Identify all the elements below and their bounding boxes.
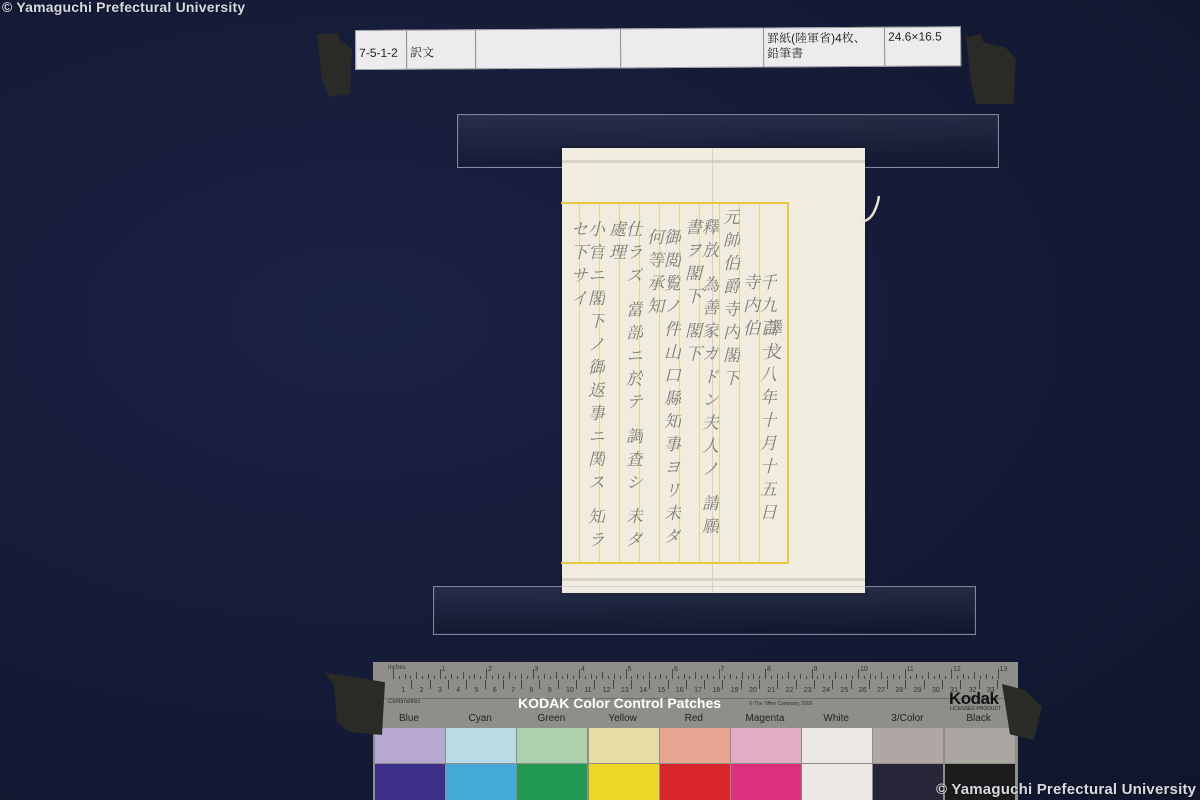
ruler-tick bbox=[591, 674, 592, 679]
ruler-tick bbox=[957, 676, 958, 679]
ruler-tick bbox=[579, 669, 580, 679]
ruler-tick bbox=[829, 676, 830, 679]
ruler-cm-number: 11 bbox=[584, 687, 591, 694]
color-patch-dark bbox=[589, 764, 659, 800]
ruler-cm-number: 6 bbox=[493, 687, 497, 694]
tape-top-left bbox=[316, 33, 356, 97]
ruler-inch-number: 10 bbox=[860, 666, 868, 673]
ruler-tick bbox=[660, 674, 661, 679]
ruler-cm-number: 4 bbox=[456, 687, 460, 694]
ruler-inch-number: 8 bbox=[767, 666, 771, 673]
color-patches bbox=[375, 728, 1016, 800]
handwritten-column: 釋放 為善家ガドン夫人ノ 請願書ヲ閣下 閣下 bbox=[682, 218, 716, 558]
color-patch-light bbox=[873, 728, 943, 763]
ruler-tick bbox=[870, 674, 871, 679]
ruler-tick bbox=[538, 676, 539, 679]
color-patch-light bbox=[517, 728, 587, 763]
ruler-inches-label: Inches bbox=[388, 665, 406, 671]
ruler-cm-number: 10 bbox=[566, 687, 574, 694]
color-patch-light bbox=[375, 728, 445, 763]
color-patch-light bbox=[589, 728, 659, 763]
ruler-tick bbox=[596, 676, 597, 679]
ruler-cm-label: Centimetres bbox=[388, 699, 420, 705]
ruler-tick bbox=[480, 676, 481, 679]
handwritten-column: 元帥伯爵寺内閣下 bbox=[720, 208, 737, 558]
ruler-cm-number: 2 bbox=[420, 687, 424, 694]
ruler-cm-number: 7 bbox=[511, 687, 515, 694]
ruler-tick bbox=[968, 676, 969, 679]
ruler-tick bbox=[777, 680, 778, 689]
ruler-cm-number: 1 bbox=[401, 687, 405, 694]
ruler-tick bbox=[992, 676, 993, 679]
ruler-tick bbox=[672, 669, 673, 679]
ruler-tick bbox=[503, 680, 504, 689]
tape-bottom-left bbox=[325, 673, 385, 735]
ruler-tick bbox=[689, 676, 690, 679]
patch-label: Blue bbox=[373, 713, 445, 724]
ruler-tick bbox=[684, 674, 685, 679]
ruler-cm-number: 3 bbox=[438, 687, 442, 694]
patch-label: Red bbox=[658, 713, 730, 724]
item-size: 24.6×16.5 bbox=[885, 27, 960, 65]
ruler-tick bbox=[594, 680, 595, 689]
ruler-tick bbox=[521, 680, 522, 689]
ruler-tick bbox=[881, 672, 882, 679]
ruler-tick bbox=[832, 680, 833, 689]
patch-label: Magenta bbox=[729, 713, 801, 724]
ruler-cm-number: 9 bbox=[548, 687, 552, 694]
ruler-tick bbox=[719, 669, 720, 679]
ruler-tick bbox=[469, 676, 470, 679]
ruler-tick bbox=[562, 676, 563, 679]
ruler-tick bbox=[960, 680, 961, 689]
ruler-tick bbox=[613, 680, 614, 689]
color-patch-dark bbox=[731, 764, 801, 800]
ruler-tick bbox=[448, 680, 449, 689]
ruler-tick bbox=[924, 680, 925, 689]
blank-cell-2 bbox=[621, 29, 764, 68]
ruler-tick bbox=[678, 676, 679, 679]
ruler-tick bbox=[788, 672, 789, 679]
ruler-tick bbox=[713, 676, 714, 679]
color-patch-dark bbox=[375, 764, 445, 800]
ruler-tick bbox=[875, 676, 876, 679]
ruler-tick bbox=[451, 674, 452, 679]
ruler-tick bbox=[466, 680, 467, 689]
ruler-cm-number: 14 bbox=[639, 687, 647, 694]
ruler-tick bbox=[939, 674, 940, 679]
ruler-tick bbox=[910, 676, 911, 679]
ruler-tick bbox=[841, 676, 842, 679]
ruler-tick bbox=[800, 674, 801, 679]
handwritten-column: 御閲覧ノ件山口縣知事ヨリ未ダ何等承知 bbox=[644, 228, 678, 568]
kodak-licensed-text: LICENSED PRODUCT bbox=[950, 706, 1001, 712]
ruler-inch-number: 3 bbox=[535, 666, 539, 673]
ruler-tick bbox=[602, 672, 603, 679]
ruler-tick bbox=[585, 676, 586, 679]
ruler-tick bbox=[796, 680, 797, 689]
ruler-tick bbox=[704, 680, 705, 689]
ruler-cm-number: 29 bbox=[914, 687, 922, 694]
ruler-tick bbox=[405, 674, 406, 679]
ruler-cm-number: 20 bbox=[749, 687, 757, 694]
ruler-tick bbox=[899, 676, 900, 679]
handwritten-column: 仕ラズ 當部ニ於テ 調査シ 未ダ 處理 bbox=[606, 220, 640, 560]
patch-label: Black bbox=[943, 713, 1015, 724]
ruler: Inches 123456789101112131234567891011121… bbox=[373, 662, 1018, 699]
ruler-cm-number: 13 bbox=[621, 687, 629, 694]
ruler-cm-number: 24 bbox=[822, 687, 830, 694]
ruler-tick bbox=[567, 674, 568, 679]
ruler-tick bbox=[422, 676, 423, 679]
ruler-tick bbox=[550, 676, 551, 679]
ruler-tick bbox=[887, 680, 888, 689]
kodak-title: KODAK Color Control Patches bbox=[518, 695, 721, 711]
ruler-tick bbox=[631, 676, 632, 679]
ruler-tick bbox=[521, 674, 522, 679]
ruler-tick bbox=[765, 669, 766, 679]
ruler-inch-number: 9 bbox=[814, 666, 818, 673]
ruler-tick bbox=[637, 674, 638, 679]
patch-label: Yellow bbox=[587, 713, 659, 724]
color-patch-dark bbox=[660, 764, 730, 800]
ruler-tick bbox=[643, 676, 644, 679]
ruler-tick bbox=[649, 672, 650, 679]
ruler-inch-number: 12 bbox=[953, 666, 961, 673]
copyright-watermark-top: © Yamaguchi Prefectural University bbox=[2, 0, 245, 15]
description-line-2: 鉛筆書 bbox=[767, 46, 881, 62]
ruler-cm-number: 21 bbox=[767, 687, 775, 694]
ruler-inch-number: 2 bbox=[488, 666, 492, 673]
ruler-cm-number: 28 bbox=[895, 687, 903, 694]
ruler-tick bbox=[666, 676, 667, 679]
ruler-tick bbox=[485, 680, 486, 689]
manuscript-page: 譯文 千九百十八年十月十五日 寺内伯 元帥伯爵寺内閣下 釋放 為善家ガドン夫人ノ… bbox=[562, 148, 865, 593]
ruler-tick bbox=[852, 676, 853, 679]
ruler-tick bbox=[434, 676, 435, 679]
handwritten-column: 千九百十八年十月十五日 寺内伯 bbox=[740, 273, 774, 553]
patch-labels: BlueCyanGreenYellowRedMagentaWhite3/Colo… bbox=[373, 713, 1018, 727]
color-patch-dark bbox=[873, 764, 943, 800]
ruler-cm-number: 8 bbox=[529, 687, 533, 694]
ruler-tick bbox=[753, 674, 754, 679]
ruler-tick bbox=[474, 674, 475, 679]
ruler-tick bbox=[736, 676, 737, 679]
patch-label: Cyan bbox=[444, 713, 516, 724]
ruler-cm-number: 19 bbox=[731, 687, 739, 694]
ruler-tick bbox=[440, 669, 441, 679]
ruler-tick bbox=[722, 680, 723, 689]
ruler-tick bbox=[806, 676, 807, 679]
ruler-cm-number: 22 bbox=[786, 687, 794, 694]
ruler-tick bbox=[411, 680, 412, 689]
ruler-tick bbox=[428, 674, 429, 679]
ruler-tick bbox=[997, 680, 998, 689]
ruler-tick bbox=[626, 669, 627, 679]
ruler-tick bbox=[695, 672, 696, 679]
ruler-tick bbox=[817, 676, 818, 679]
ruler-inch-number: 6 bbox=[674, 666, 678, 673]
ruler-tick bbox=[533, 669, 534, 679]
ruler-tick bbox=[742, 672, 743, 679]
color-patch-dark bbox=[517, 764, 587, 800]
ruler-cm-number: 27 bbox=[877, 687, 885, 694]
ruler-tick bbox=[759, 676, 760, 679]
ruler-tick bbox=[974, 672, 975, 679]
color-patch-light bbox=[945, 728, 1015, 763]
kodak-color-control-strip: Inches 123456789101112131234567891011121… bbox=[373, 662, 1018, 800]
ruler-tick bbox=[905, 680, 906, 689]
color-patch-light bbox=[446, 728, 516, 763]
ruler-cm-number: 30 bbox=[932, 687, 940, 694]
ruler-tick bbox=[869, 680, 870, 689]
ruler-inch-number: 4 bbox=[581, 666, 585, 673]
copyright-watermark-bottom: © Yamaguchi Prefectural University bbox=[936, 781, 1196, 798]
ruler-tick bbox=[893, 674, 894, 679]
ruler-tick bbox=[457, 676, 458, 679]
ruler-tick bbox=[986, 674, 987, 679]
ruler-tick bbox=[759, 680, 760, 689]
ruler-tick bbox=[463, 672, 464, 679]
catalog-label-strip: 7-5-1-2 訳文 罫紙(陸軍省)4枚、 鉛筆書 24.6×16.5 bbox=[355, 26, 961, 70]
handwritten-column: 小官ニ閣下ノ御返事ニ関ス 知ラセ下サイ bbox=[568, 220, 602, 560]
ruler-tick bbox=[916, 674, 917, 679]
ruler-tick bbox=[777, 674, 778, 679]
item-title: 訳文 bbox=[407, 30, 476, 68]
ruler-cm-number: 5 bbox=[475, 687, 479, 694]
ruler-tick bbox=[410, 676, 411, 679]
ruler-tick bbox=[608, 676, 609, 679]
ruler-cm-number: 12 bbox=[603, 687, 611, 694]
ruler-tick bbox=[655, 676, 656, 679]
ruler-tick bbox=[794, 676, 795, 679]
ruler-tick bbox=[771, 676, 772, 679]
ruler-tick bbox=[573, 676, 574, 679]
binding-string bbox=[862, 194, 882, 226]
ruler-tick bbox=[509, 672, 510, 679]
item-description: 罫紙(陸軍省)4枚、 鉛筆書 bbox=[764, 28, 885, 67]
ruler-tick bbox=[445, 676, 446, 679]
ruler-tick bbox=[934, 676, 935, 679]
patch-label: Green bbox=[515, 713, 587, 724]
ruler-tick bbox=[498, 674, 499, 679]
color-patch-light bbox=[660, 728, 730, 763]
ruler-inch-number: 7 bbox=[721, 666, 725, 673]
ruler-tick bbox=[846, 674, 847, 679]
ruler-cm-number: 23 bbox=[804, 687, 812, 694]
ruler-tick bbox=[979, 680, 980, 689]
color-patch-light bbox=[802, 728, 872, 763]
ruler-tick bbox=[558, 680, 559, 689]
item-id: 7-5-1-2 bbox=[356, 31, 407, 69]
ruler-tick bbox=[492, 676, 493, 679]
ruler-tick bbox=[942, 680, 943, 689]
ruler-tick bbox=[928, 672, 929, 679]
ruler-tick bbox=[823, 674, 824, 679]
ruler-tick bbox=[724, 676, 725, 679]
ruler-tick bbox=[556, 672, 557, 679]
ruler-tick bbox=[812, 669, 813, 679]
ruler-cm-number: 26 bbox=[859, 687, 867, 694]
ruler-tick bbox=[814, 680, 815, 689]
ruler-tick bbox=[782, 676, 783, 679]
patch-label: White bbox=[800, 713, 872, 724]
ruler-tick bbox=[963, 674, 964, 679]
ruler-tick bbox=[887, 676, 888, 679]
ruler-tick bbox=[707, 674, 708, 679]
ruler-tick bbox=[945, 676, 946, 679]
ruler-tick bbox=[576, 680, 577, 689]
ruler-tick bbox=[527, 676, 528, 679]
ruler-tick bbox=[430, 680, 431, 689]
patch-label: 3/Color bbox=[871, 713, 943, 724]
ruler-tick bbox=[741, 680, 742, 689]
ruler-cm-number: 15 bbox=[658, 687, 666, 694]
ruler-tick bbox=[649, 680, 650, 689]
ruler-tick bbox=[835, 672, 836, 679]
color-patch-dark bbox=[446, 764, 516, 800]
ruler-cm-number: 18 bbox=[712, 687, 720, 694]
ruler-tick bbox=[486, 669, 487, 679]
ruler-cm-number: 17 bbox=[694, 687, 702, 694]
ruler-cm-number: 16 bbox=[676, 687, 684, 694]
ruler-tick bbox=[905, 669, 906, 679]
kodak-copyright: © The Tiffen Company, 2000 bbox=[749, 701, 812, 707]
ruler-inch-number: 13 bbox=[1000, 666, 1008, 673]
ruler-cm-number: 25 bbox=[841, 687, 849, 694]
ruler-tick bbox=[503, 676, 504, 679]
ruler-tick bbox=[686, 680, 687, 689]
ruler-tick bbox=[544, 674, 545, 679]
tape-top-right bbox=[966, 34, 1016, 104]
ruler-tick bbox=[730, 674, 731, 679]
ruler-tick bbox=[864, 676, 865, 679]
ruler-inch-number: 1 bbox=[442, 666, 446, 673]
ruler-tick bbox=[951, 669, 952, 679]
color-patch-dark bbox=[802, 764, 872, 800]
ruler-tick bbox=[748, 676, 749, 679]
color-patch-light bbox=[731, 728, 801, 763]
ruler-tick bbox=[416, 672, 417, 679]
ruler-inch-number: 11 bbox=[907, 666, 914, 673]
ruler-tick bbox=[858, 669, 859, 679]
ruler-tick bbox=[614, 674, 615, 679]
ruler-inch-number: 5 bbox=[628, 666, 632, 673]
ruler-tick bbox=[998, 669, 999, 679]
ruler-tick bbox=[399, 676, 400, 679]
ruler-tick bbox=[631, 680, 632, 689]
ruler-tick bbox=[980, 676, 981, 679]
ruler-tick bbox=[851, 680, 852, 689]
blank-cell-1 bbox=[476, 29, 621, 68]
description-line-1: 罫紙(陸軍省)4枚、 bbox=[767, 31, 881, 47]
ruler-tick bbox=[701, 676, 702, 679]
acrylic-holder-bottom bbox=[433, 586, 976, 635]
ruler-tick bbox=[620, 676, 621, 679]
ruler-tick bbox=[668, 680, 669, 689]
ruler-tick bbox=[515, 676, 516, 679]
ruler-tick bbox=[539, 680, 540, 689]
ruler-tick bbox=[393, 669, 394, 679]
ruler-tick bbox=[922, 676, 923, 679]
